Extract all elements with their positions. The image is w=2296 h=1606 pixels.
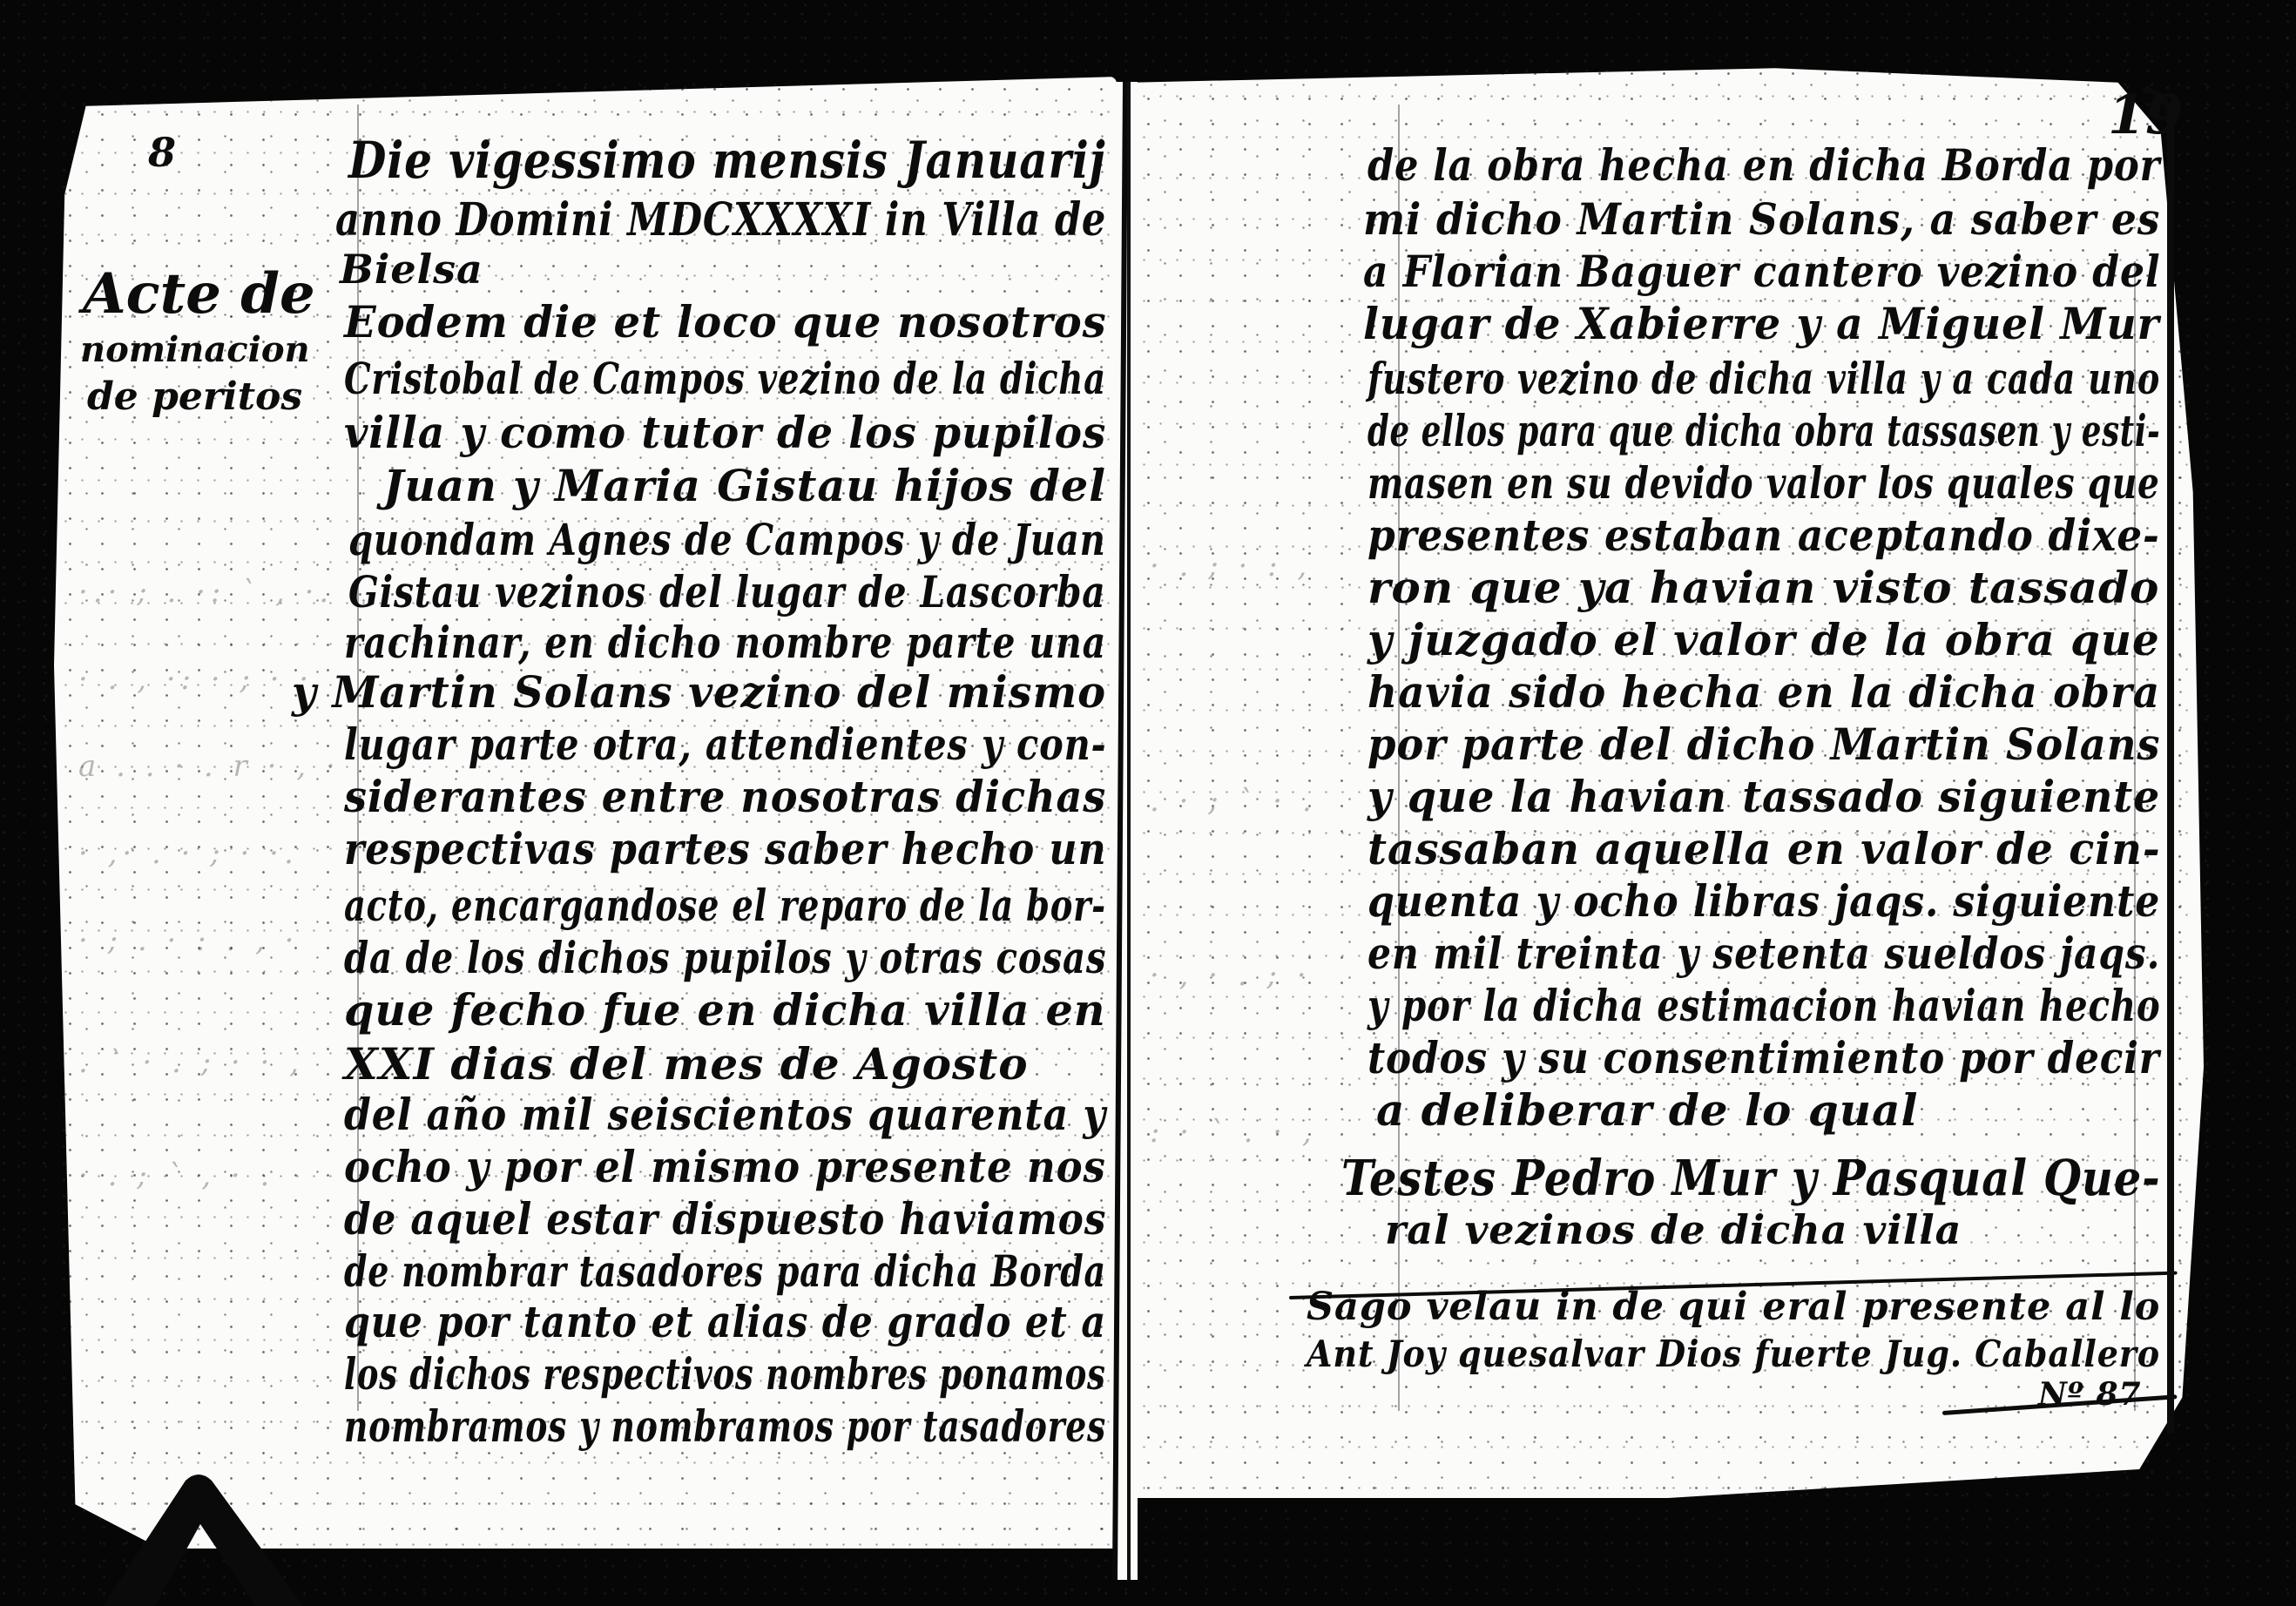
witnesses-line: ral vezinos de dicha villa <box>1385 1206 1962 1253</box>
text-line: tassaban aquella en valor de cin- <box>1367 823 2161 874</box>
text-line: quenta y ocho libras jaqs. siguiente <box>1367 875 2160 927</box>
text-line: Die vigessimo mensis Januarij <box>348 131 1106 190</box>
text-line: que por tanto et alias de grado et a <box>344 1296 1106 1347</box>
witnesses-line: Testes Pedro Mur y Pasqual Que- <box>1341 1150 2161 1207</box>
margin-note-line: de peritos <box>87 375 302 419</box>
text-line: del año mil seiscientos quarenta y <box>344 1089 1106 1140</box>
text-line: Juan y Maria Gistau hijos del <box>383 460 1106 511</box>
text-line: fustero vezino de dicha villa y a cada u… <box>1367 353 2160 404</box>
text-line: lugar de Xabierre y a Miguel Mur <box>1363 298 2159 349</box>
text-line: de ellos para que dicha obra tassasen y … <box>1367 405 2160 456</box>
text-line: presentes estaban aceptando dixe- <box>1367 509 2160 561</box>
text-line: de nombrar tasadores para dicha Borda <box>344 1245 1106 1297</box>
text-line: los dichos respectivos nombres ponamos <box>344 1348 1106 1400</box>
text-line: que fecho fue en dicha villa en <box>344 984 1106 1036</box>
text-line: de la obra hecha en dicha Borda por <box>1367 139 2160 191</box>
text-line: anno Domini MDCXXXXI in Villa de <box>335 193 1106 246</box>
text-line: respectivas partes saber hecho un <box>344 823 1107 874</box>
text-line: Gistau vezinos del lugar de Lascorba <box>348 566 1106 617</box>
text-line: lugar parte otra, attendientes y con- <box>344 719 1107 770</box>
margin-note-line: nominacion <box>80 329 310 370</box>
text-line: villa y como tutor de los pupilos <box>344 407 1106 458</box>
text-line: y que la havian tassado siguiente <box>1367 771 2160 822</box>
margin-note-line: Acte de <box>83 261 315 327</box>
text-line: todos y su consentimiento por decir <box>1367 1032 2160 1083</box>
text-line: por parte del dicho Martin Solans <box>1367 719 2160 770</box>
text-line: quondam Agnes de Campos y de Juan <box>348 514 1106 565</box>
signature-line: Ant Joy quesalvar Dios fuerte Jug. Cabal… <box>1307 1333 2160 1375</box>
text-line: y Martin Solans vezino del mismo <box>292 666 1106 718</box>
text-line: havia sido hecha en la dicha obra <box>1367 666 2160 718</box>
text-line: rachinar, en dicho nombre parte una <box>344 617 1106 668</box>
text-line: a Florian Baguer cantero vezino del <box>1363 246 2161 297</box>
text-line: y por la dicha estimacion havian hecho <box>1367 980 2160 1031</box>
text-line: a deliberar de lo qual <box>1376 1084 1918 1136</box>
gutter-fold-line <box>1127 82 1131 1580</box>
text-line: da de los dichos pupilos y otras cosas <box>344 932 1106 983</box>
left-folio-number: 8 <box>148 129 176 176</box>
text-line: Eodem die et loco que nosotros <box>344 296 1107 348</box>
text-line: Cristobal de Campos vezino de la dicha <box>344 353 1106 404</box>
text-line: XXI dias del mes de Agosto <box>344 1038 1029 1090</box>
bookmark-ribbon <box>103 1472 329 1606</box>
gutter-fold-line <box>1112 82 1128 1580</box>
text-line: nombramos y nombramos por tasadores <box>344 1400 1106 1452</box>
text-line: siderantes entre nosotras dichas <box>344 771 1106 822</box>
text-line: masen en su devido valor los quales que <box>1367 457 2160 509</box>
text-line: Bielsa <box>340 246 483 293</box>
book-gutter <box>1115 82 1138 1580</box>
right-folio-number: 19 <box>2108 83 2183 146</box>
text-line: de aquel estar dispuesto haviamos <box>344 1193 1106 1245</box>
text-line: en mil treinta y setenta sueldos jaqs. <box>1367 928 2160 979</box>
text-line: acto, encargandose el reparo de la bor- <box>344 880 1106 931</box>
text-line: ron que ya havian visto tassado <box>1367 562 2159 613</box>
text-line: mi dicho Martin Solans, a saber es <box>1363 193 2160 245</box>
text-line: y juzgado el valor de la obra que <box>1367 614 2160 665</box>
text-line: ocho y por el mismo presente nos <box>344 1141 1106 1192</box>
